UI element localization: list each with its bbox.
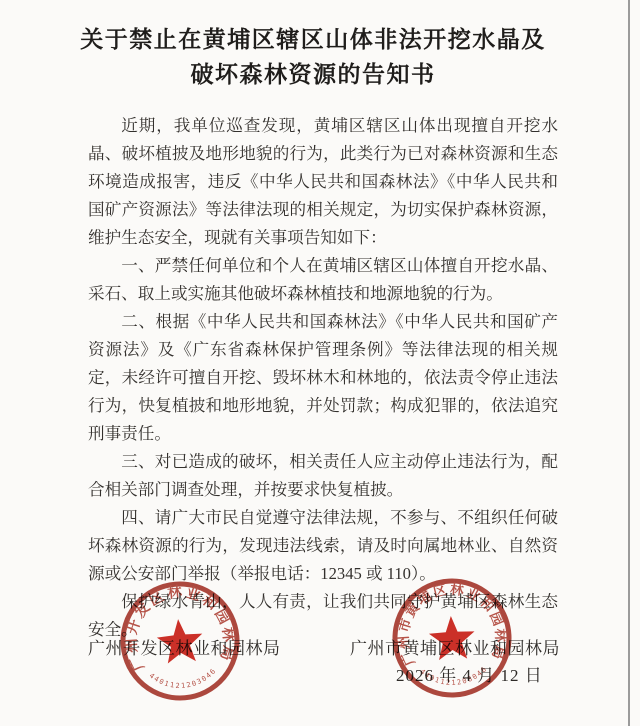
document-body: 近期，我单位巡查发现，黄埔区辖区山体出现擅自开挖水晶、破坏植披及地形地貌的行为，… (88, 112, 558, 644)
paragraph-intro: 近期，我单位巡查发现，黄埔区辖区山体出现擅自开挖水晶、破坏植披及地形地貌的行为，… (88, 112, 558, 252)
document-title: 关于禁止在黄埔区辖区山体非法开挖水晶及 破坏森林资源的告知书 (0, 22, 626, 92)
page-edge-line (628, 0, 630, 726)
red-star-icon (428, 615, 476, 661)
seal-left-stamp: 广州开发区林业和园林局 4401121203046 (107, 568, 252, 713)
seal-right-code: 4401121208046 (418, 664, 490, 689)
paragraph-item-3: 三、对已造成的破坏，相关责任人应主动停止违法行为，配合相关部门调查处理，并按要求… (88, 448, 558, 504)
document-title-line2: 破坏森林资源的告知书 (0, 57, 626, 92)
paragraph-item-2: 二、根据《中华人民共和国森林法》《中华人民共和国矿产资源法》及《广东省森林保护管… (88, 308, 558, 448)
notice-document-page: 关于禁止在黄埔区辖区山体非法开挖水晶及 破坏森林资源的告知书 近期，我单位巡查发… (0, 0, 640, 726)
document-title-line1: 关于禁止在黄埔区辖区山体非法开挖水晶及 (0, 22, 626, 57)
paragraph-item-1: 一、严禁任何单位和个人在黄埔区辖区山体擅自开挖水晶、采石、取上或实施其他破坏森林… (88, 252, 558, 308)
red-star-icon (155, 617, 204, 664)
seal-right-stamp: 广州市黄埔区林业和园林局 4401121208046 (382, 568, 523, 709)
